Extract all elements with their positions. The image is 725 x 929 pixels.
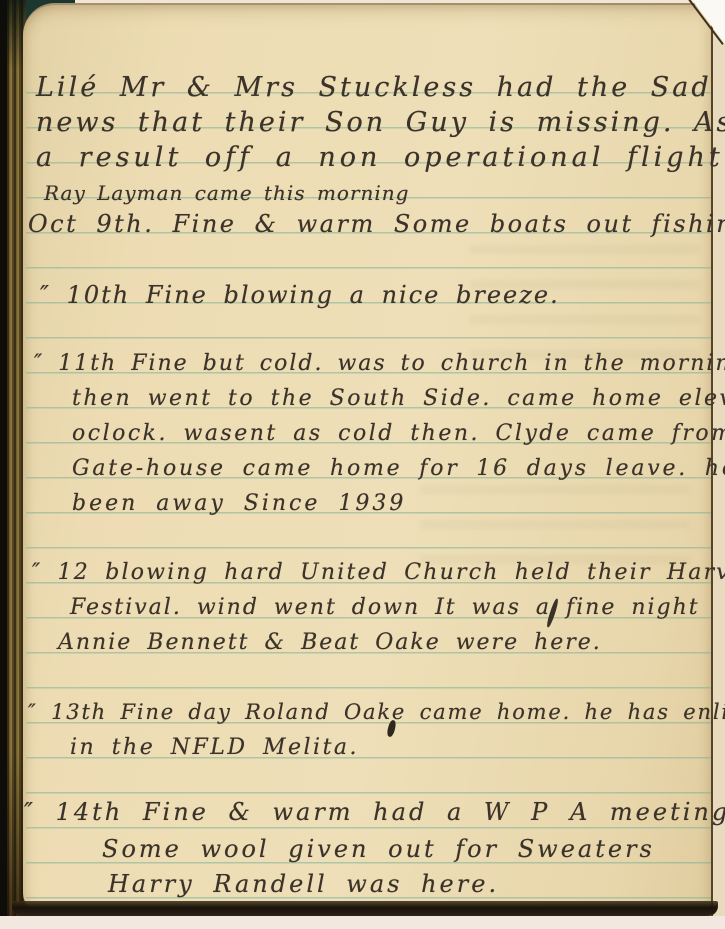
journal-line: Festival. wind went down It was a fine n… xyxy=(70,597,700,619)
journal-line: in the NFLD Melita. xyxy=(70,737,359,759)
journal-line: Annie Bennett & Beat Oake were here. xyxy=(58,632,602,654)
diary-page-photo: Lilé Mr & Mrs Stuckless had the Sad news… xyxy=(0,0,725,929)
journal-line: Gate-house came home for 16 days leave. … xyxy=(72,458,725,480)
journal-line: ″ 12 blowing hard United Church held the… xyxy=(32,562,725,584)
journal-line: Harry Randell was here. xyxy=(108,872,499,896)
journal-line: oclock. wasent as cold then. Clyde came … xyxy=(72,423,725,445)
journal-line: ″ 13th Fine day Roland Oake came home. h… xyxy=(28,702,725,723)
journal-line: then went to the South Side. came home e… xyxy=(72,388,725,410)
journal-line: Oct 9th. Fine & warm Some boats out fish… xyxy=(28,212,725,236)
journal-line: been away Since 1939 xyxy=(72,493,406,515)
journal-line: Lilé Mr & Mrs Stuckless had the Sad xyxy=(36,74,712,101)
scan-background xyxy=(0,916,725,929)
journal-line: Ray Layman came this morning xyxy=(44,183,409,203)
book-bottom-shadow xyxy=(12,901,718,916)
journal-line: a result off a non operational flight. xyxy=(36,144,725,171)
journal-line: ″ 10th Fine blowing a nice breeze. xyxy=(40,283,560,307)
journal-line: news that their Son Guy is missing. As xyxy=(36,109,725,136)
journal-line: Some wool given out for Sweaters xyxy=(102,837,655,861)
journal-line: ″ 11th Fine but cold. was to church in t… xyxy=(34,353,725,375)
journal-line: ″ 14th Fine & warm had a W P A meeting xyxy=(24,800,725,824)
